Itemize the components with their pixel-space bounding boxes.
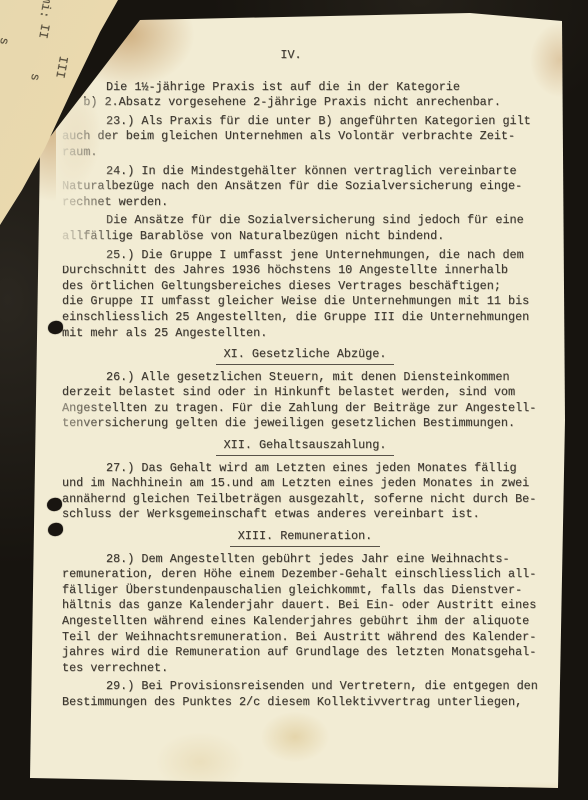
content-blocks: Die 1½-jährige Praxis ist auf die in der… [62, 80, 548, 711]
paragraph: 25.) Die Gruppe I umfasst jene Unternehm… [62, 248, 548, 342]
text-line: und im Nachhinein am 15.und am Letzten e… [62, 476, 548, 492]
text-line: raum. [62, 145, 548, 161]
paragraph: 27.) Das Gehalt wird am Letzten eines je… [62, 461, 548, 523]
text-line: Die Ansätze für die Sozialversicherung s… [62, 213, 548, 229]
text-line: Angestellten während eines Kalenderjahre… [62, 614, 548, 630]
section-heading-text: XIII. Remuneration. [230, 529, 381, 547]
section-heading-text: XI. Gesetzliche Abzüge. [216, 347, 395, 365]
text-line: Teil der Weihnachtsremuneration. Bei Aus… [62, 630, 548, 646]
text-line: des örtlichen Geltungsbereiches dieses V… [62, 279, 548, 295]
text-line: 23.) Als Praxis für die unter B) angefüh… [62, 114, 548, 130]
text-line: schluss der Werksgemeinschaft etwas ande… [62, 507, 548, 523]
text-line: Angestellten zu tragen. Für die Zahlung … [62, 401, 548, 417]
prev-page-text-fragment: mi: [36, 0, 54, 19]
text-line: 25.) Die Gruppe I umfasst jene Unternehm… [62, 248, 548, 264]
text-line: jahres wird die Remuneration auf Grundla… [62, 645, 548, 661]
text-line: rechnet werden. [62, 195, 548, 211]
prev-page-text-fragment: II [35, 22, 51, 39]
section-heading: XI. Gesetzliche Abzüge. [62, 347, 548, 365]
text-line: allfällige Barablöse von Naturalbezügen … [62, 229, 548, 245]
text-line: 28.) Dem Angestellten gebührt jedes Jahr… [62, 552, 548, 568]
paragraph: 26.) Alle gesetzlichen Steuern, mit dene… [62, 370, 548, 432]
text-line: derzeit belastet sind oder in Hinkunft b… [62, 385, 548, 401]
text-line: B) b) 2.Absatz vorgesehene 2-jährige Pra… [62, 95, 548, 111]
typed-content: IV. Die 1½-jährige Praxis ist auf die in… [62, 48, 548, 714]
paragraph: 23.) Als Praxis für die unter B) angefüh… [62, 114, 548, 161]
text-line: tes verrechnet. [62, 661, 548, 677]
text-line: Die 1½-jährige Praxis ist auf die in der… [62, 80, 548, 96]
text-line: hältnis das ganze Kalenderjahr dauert. B… [62, 598, 548, 614]
text-line: Bestimmungen des Punktes 2/c diesem Koll… [62, 695, 548, 711]
text-line: auch der beim gleichen Unternehmen als V… [62, 129, 548, 145]
text-line: tenversicherung gelten die jeweiligen ge… [62, 416, 548, 432]
document-page: IV. Die 1½-jährige Praxis ist auf die in… [0, 0, 588, 800]
section-heading-text: XII. Gehaltsauszahlung. [216, 438, 395, 456]
text-line: Durchschnitt des Jahres 1936 höchstens 1… [62, 263, 548, 279]
prev-page-text-fragment: III [52, 55, 70, 80]
ink-dot [46, 497, 63, 512]
paragraph: 28.) Dem Angestellten gebührt jedes Jahr… [62, 552, 548, 677]
text-line: mit mehr als 25 Angestellten. [62, 326, 548, 342]
paragraph: 29.) Bei Provisionsreisenden und Vertret… [62, 679, 548, 710]
text-line: 27.) Das Gehalt wird am Letzten eines je… [62, 461, 548, 477]
text-line: einschliesslich 25 Angestellten, die Gru… [62, 310, 548, 326]
text-line: 26.) Alle gesetzlichen Steuern, mit dene… [62, 370, 548, 386]
text-line: remuneration, deren Höhe einem Dezember-… [62, 567, 548, 583]
paragraph: Die 1½-jährige Praxis ist auf die in der… [62, 80, 548, 111]
text-line: Naturalbezüge nach den Ansätzen für die … [62, 179, 548, 195]
section-heading: XIII. Remuneration. [62, 529, 548, 547]
section-heading: XII. Gehaltsauszahlung. [62, 438, 548, 456]
page-number: IV. [48, 48, 534, 64]
text-line: 24.) In die Mindestgehälter können vertr… [62, 164, 548, 180]
paragraph: 24.) In die Mindestgehälter können vertr… [62, 164, 548, 211]
text-line: die Gruppe II umfasst gleicher Weise die… [62, 294, 548, 310]
text-line: fälliger Überstundenpauschalien gleichko… [62, 583, 548, 599]
prev-page-text-fragment: s [0, 36, 11, 46]
text-line: annähernd gleichen Teilbeträgen ausgezah… [62, 492, 548, 508]
paragraph: Die Ansätze für die Sozialversicherung s… [62, 213, 548, 244]
prev-page-text-fragment: s [27, 72, 42, 82]
text-line: 29.) Bei Provisionsreisenden und Vertret… [62, 679, 548, 695]
